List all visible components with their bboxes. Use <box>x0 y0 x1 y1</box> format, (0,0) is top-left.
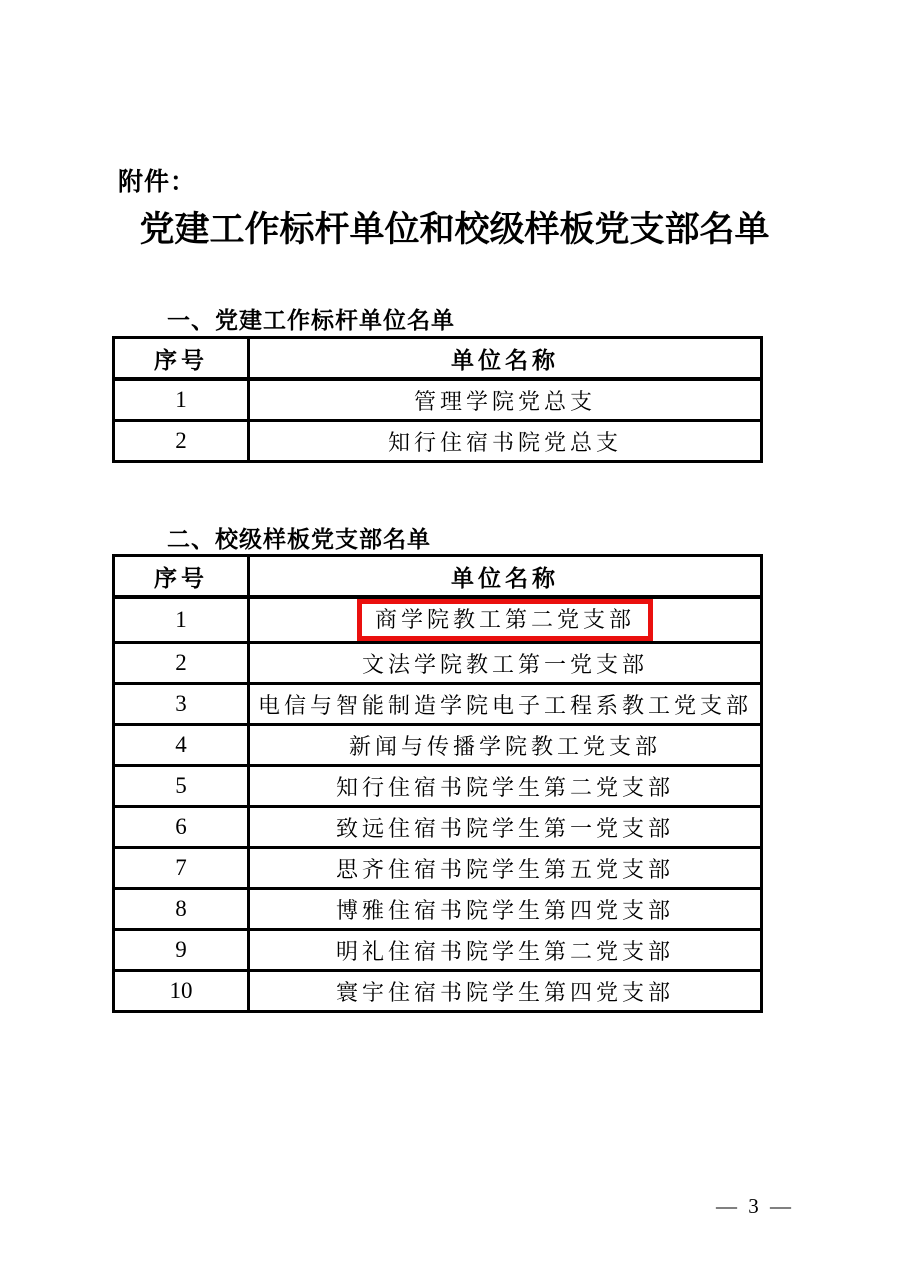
unit-name-cell: 电信与智能制造学院电子工程系教工党支部 <box>249 684 762 725</box>
document-title: 党建工作标杆单位和校级样板党支部名单 <box>0 202 909 252</box>
row-number-cell: 9 <box>114 930 249 971</box>
row-number-cell: 1 <box>114 379 249 421</box>
unit-name-cell: 明礼住宿书院学生第二党支部 <box>249 930 762 971</box>
unit-name-cell: 知行住宿书院学生第二党支部 <box>249 766 762 807</box>
column-header-unit-name: 单位名称 <box>249 338 762 380</box>
unit-name-cell: 商学院教工第二党支部 <box>249 597 762 643</box>
unit-name: 知行住宿书院党总支 <box>388 430 622 455</box>
table-row: 10寰宇住宿书院学生第四党支部 <box>114 971 762 1012</box>
unit-name: 新闻与传播学院教工党支部 <box>349 734 661 759</box>
column-header-no: 序号 <box>114 338 249 380</box>
table-row: 4新闻与传播学院教工党支部 <box>114 725 762 766</box>
unit-name: 思齐住宿书院学生第五党支部 <box>336 857 674 882</box>
row-number-cell: 4 <box>114 725 249 766</box>
table-row: 2知行住宿书院党总支 <box>114 421 762 462</box>
table-row: 8博雅住宿书院学生第四党支部 <box>114 889 762 930</box>
unit-name-cell: 管理学院党总支 <box>249 379 762 421</box>
unit-name: 文法学院教工第一党支部 <box>362 652 648 677</box>
unit-name: 知行住宿书院学生第二党支部 <box>336 775 674 800</box>
table-row: 6致远住宿书院学生第一党支部 <box>114 807 762 848</box>
row-number-cell: 1 <box>114 597 249 643</box>
row-number-cell: 2 <box>114 421 249 462</box>
table-header-row: 序号单位名称 <box>114 556 762 598</box>
highlighted-unit-name: 商学院教工第二党支部 <box>357 599 653 641</box>
benchmark-units-table: 序号单位名称 1管理学院党总支2知行住宿书院党总支 <box>112 336 763 463</box>
row-number-cell: 2 <box>114 643 249 684</box>
unit-name: 博雅住宿书院学生第四党支部 <box>336 898 674 923</box>
row-number-cell: 8 <box>114 889 249 930</box>
table-row: 3电信与智能制造学院电子工程系教工党支部 <box>114 684 762 725</box>
unit-name: 明礼住宿书院学生第二党支部 <box>336 939 674 964</box>
table-row: 9明礼住宿书院学生第二党支部 <box>114 930 762 971</box>
unit-name-cell: 博雅住宿书院学生第四党支部 <box>249 889 762 930</box>
row-number-cell: 6 <box>114 807 249 848</box>
attachment-label: 附件： <box>118 162 196 198</box>
table-header-row: 序号单位名称 <box>114 338 762 380</box>
column-header-no: 序号 <box>114 556 249 598</box>
unit-name-cell: 寰宇住宿书院学生第四党支部 <box>249 971 762 1012</box>
unit-name-cell: 新闻与传播学院教工党支部 <box>249 725 762 766</box>
section1-heading: 一、党建工作标杆单位名单 <box>167 302 455 335</box>
unit-name-cell: 文法学院教工第一党支部 <box>249 643 762 684</box>
row-number-cell: 5 <box>114 766 249 807</box>
row-number-cell: 3 <box>114 684 249 725</box>
table-row: 2文法学院教工第一党支部 <box>114 643 762 684</box>
document-page: 附件： 党建工作标杆单位和校级样板党支部名单 一、党建工作标杆单位名单 序号单位… <box>0 0 909 1286</box>
section2-heading: 二、校级样板党支部名单 <box>167 521 431 554</box>
unit-name-cell: 知行住宿书院党总支 <box>249 421 762 462</box>
row-number-cell: 10 <box>114 971 249 1012</box>
table-row: 1商学院教工第二党支部 <box>114 597 762 643</box>
row-number-cell: 7 <box>114 848 249 889</box>
unit-name-cell: 思齐住宿书院学生第五党支部 <box>249 848 762 889</box>
model-party-branches-table: 序号单位名称 1商学院教工第二党支部2文法学院教工第一党支部3电信与智能制造学院… <box>112 554 763 1013</box>
page-number: — 3 — <box>716 1194 794 1219</box>
table-row: 1管理学院党总支 <box>114 379 762 421</box>
table-row: 7思齐住宿书院学生第五党支部 <box>114 848 762 889</box>
unit-name: 电信与智能制造学院电子工程系教工党支部 <box>258 693 752 718</box>
unit-name: 致远住宿书院学生第一党支部 <box>336 816 674 841</box>
table-row: 5知行住宿书院学生第二党支部 <box>114 766 762 807</box>
unit-name: 管理学院党总支 <box>414 389 596 414</box>
unit-name-cell: 致远住宿书院学生第一党支部 <box>249 807 762 848</box>
unit-name: 寰宇住宿书院学生第四党支部 <box>336 980 674 1005</box>
column-header-unit-name: 单位名称 <box>249 556 762 598</box>
